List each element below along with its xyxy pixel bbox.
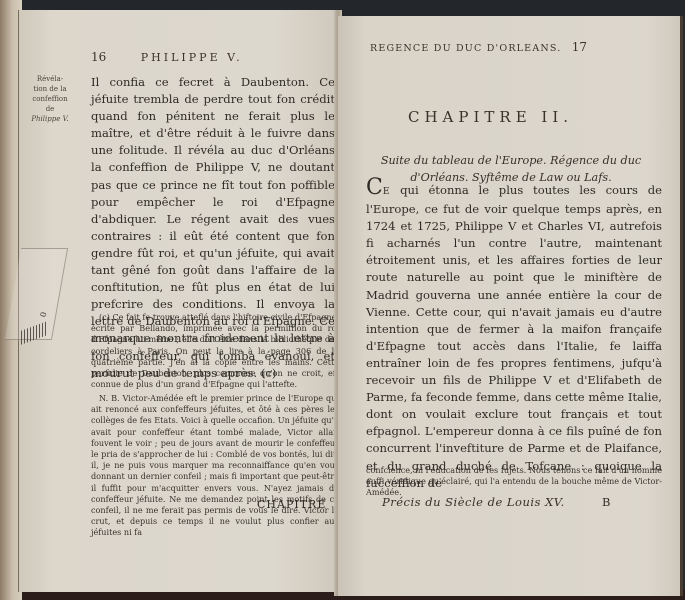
- drop-cap: C: [366, 175, 383, 200]
- right-page-number: 17: [572, 40, 587, 54]
- chapter-title: CHAPITRE II.: [408, 108, 573, 126]
- margin-note-line: Révéla-: [25, 74, 75, 84]
- right-running-head: REGENCE DU DUC D'ORLEANS. 17: [370, 40, 670, 54]
- margin-note-line: de: [25, 104, 75, 114]
- right-running-title: REGENCE DU DUC D'ORLEANS.: [370, 43, 561, 54]
- signature-mark: B: [602, 495, 610, 509]
- margin-note-line: tion de la: [25, 84, 75, 94]
- footnote-c: (c) Ce fait fe trouve atteflé dans l'hif…: [91, 312, 339, 390]
- drop-cap-rest: E: [383, 187, 391, 197]
- footnote-nb: N. B. Victor-Amédée eft le premier princ…: [91, 393, 339, 539]
- right-page: REGENCE DU DUC D'ORLEANS. 17 CHAPITRE II…: [338, 16, 683, 596]
- margin-note-line: Philippe V.: [25, 114, 75, 124]
- footnote-continuation: confcience, ni l'éducation de fes fujets…: [366, 465, 662, 499]
- right-body-text: CE qui étonna le plus toutes les cours d…: [366, 181, 662, 492]
- left-running-head: 16 PHILIPPE V.: [91, 50, 351, 64]
- left-page-number: 16: [91, 50, 106, 64]
- left-page: 16 PHILIPPE V. Révéla- tion de la confef…: [18, 10, 339, 592]
- left-running-title: PHILIPPE V.: [141, 51, 243, 64]
- margin-note-line: confeffion: [25, 94, 75, 104]
- catchword: CHAPITRE: [257, 498, 326, 511]
- margin-note: Révéla- tion de la confeffion de Philipp…: [25, 74, 75, 124]
- signature-title: Précis du Siècle de Louis XV.: [382, 495, 565, 509]
- right-body-paragraph: qui étonna le plus toutes les cours de l…: [366, 183, 662, 490]
